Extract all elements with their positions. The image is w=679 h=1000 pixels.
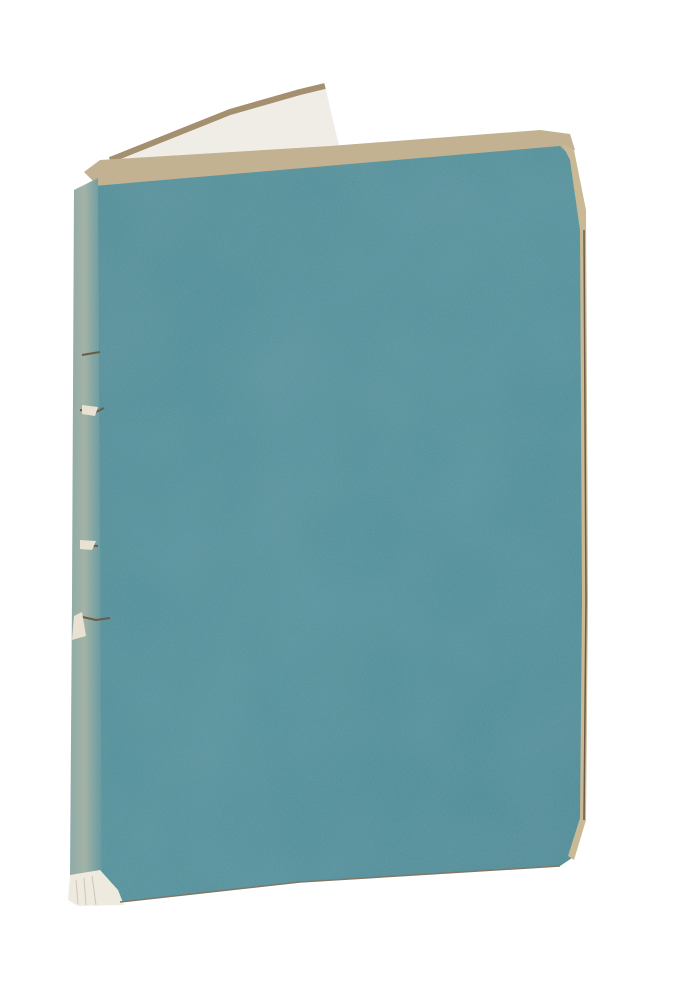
book-illustration — [0, 0, 679, 1000]
book-photo: Old blue paper-covered book — [0, 0, 679, 1000]
